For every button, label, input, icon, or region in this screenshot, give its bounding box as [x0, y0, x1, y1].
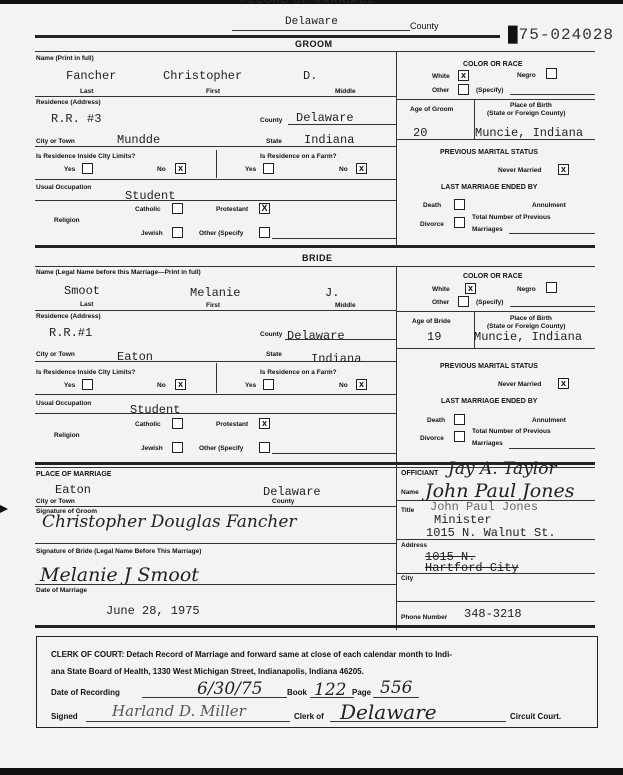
bride-name-label: Name (Legal Name before this Marriage—Pr…: [36, 269, 201, 276]
bride-white-label: White: [432, 286, 450, 293]
officiant-title-value: Minister: [434, 513, 492, 527]
groom-protestant-checkbox[interactable]: X: [259, 203, 270, 214]
groom-farm-yes-checkbox[interactable]: [263, 163, 274, 174]
bride-city-label: City or Town: [36, 351, 75, 358]
groom-name-label: Name (Print in full): [36, 55, 94, 62]
clerk-county: Delaware: [340, 700, 437, 724]
bride-age: 19: [427, 330, 441, 344]
recording-date-label: Date of Recording: [51, 688, 120, 697]
divider: [397, 348, 595, 349]
bride-farm-no-checkbox[interactable]: x: [356, 379, 367, 390]
groom-middle-name: D.: [303, 69, 317, 83]
bride-total-prev-label-2: Marriages: [472, 440, 503, 447]
divider: [509, 448, 595, 449]
divider: [397, 139, 595, 140]
divider: [510, 306, 595, 307]
bride-religion-label: Religion: [54, 432, 80, 439]
bride-last-label: Last: [80, 301, 93, 308]
marriage-column-divider: [396, 467, 397, 630]
divider: [397, 99, 595, 100]
divider: [35, 506, 396, 507]
groom-religion-label: Religion: [54, 217, 80, 224]
groom-age-label: Age of Groom: [410, 106, 453, 113]
divider: [35, 584, 396, 585]
recording-date: 6/30/75: [197, 679, 263, 699]
divider: [288, 124, 396, 125]
certificate-number: █75-024028: [508, 26, 614, 44]
bride-first-name: Melanie: [190, 286, 240, 300]
groom-negro-label: Negro: [517, 72, 536, 79]
groom-jewish-label: Jewish: [141, 230, 163, 237]
groom-county: Delaware: [296, 111, 354, 125]
groom-catholic-label: Catholic: [135, 206, 161, 213]
bride-residence-label: Residence (Address): [36, 313, 101, 320]
groom-inside-city-no-checkbox[interactable]: x: [175, 163, 186, 174]
groom-total-prev-label-2: Marriages: [472, 226, 503, 233]
bride-other-race-label: Other: [432, 299, 449, 306]
bride-inside-city-label: Is Residence Inside City Limits?: [36, 369, 135, 376]
bride-inside-city-yes-checkbox[interactable]: [82, 379, 93, 390]
groom-farm-no-label: No: [339, 166, 348, 173]
bride-state: Indiana: [311, 352, 361, 366]
bride-divorce-label: Divorce: [420, 435, 444, 442]
officiant-signature: Jay A. Taylor: [448, 459, 557, 479]
groom-catholic-checkbox[interactable]: [172, 203, 183, 214]
groom-residence-label: Residence (Address): [36, 99, 101, 106]
groom-negro-checkbox[interactable]: [546, 68, 557, 79]
officiant-name-signature: John Paul Jones: [425, 480, 574, 502]
groom-farm-no-checkbox[interactable]: x: [356, 163, 367, 174]
divider: [216, 363, 217, 393]
bride-death-label: Death: [427, 417, 445, 424]
groom-specify-label: (Specify): [476, 87, 503, 94]
bride-never-married-checkbox[interactable]: x: [558, 378, 569, 389]
page-number: 556: [380, 678, 412, 698]
groom-protestant-label: Protestant: [216, 206, 248, 213]
bride-other-race-checkbox[interactable]: [458, 296, 469, 307]
divider: [397, 573, 595, 574]
signed-label: Signed: [51, 712, 78, 721]
groom-total-prev-label-1: Total Number of Previous: [472, 214, 551, 221]
bride-other-religion-checkbox[interactable]: [259, 442, 270, 453]
bride-white-checkbox[interactable]: x: [465, 283, 476, 294]
officiant-title: OFFICIANT: [401, 470, 438, 477]
bride-marital-title: PREVIOUS MARITAL STATUS: [440, 363, 538, 370]
groom-middle-label: Middle: [335, 88, 356, 95]
groom-first-label: First: [206, 88, 220, 95]
groom-annulment-label: Annulment: [532, 202, 566, 209]
divider: [397, 539, 595, 540]
divider: [35, 543, 396, 544]
header-county-line: [232, 30, 410, 31]
officiant-name-label: Name: [401, 489, 419, 496]
groom-section-title: GROOM: [295, 39, 333, 49]
bride-residence: R.R.#1: [49, 326, 92, 340]
groom-farm-label: Is Residence on a Farm?: [260, 153, 337, 160]
groom-birth-label-2: (State or Foreign County): [487, 110, 565, 117]
groom-last-name: Fancher: [66, 69, 116, 83]
margin-arrow-icon: [0, 505, 8, 513]
groom-signature: Christopher Douglas Fancher: [42, 512, 297, 532]
divider: [216, 150, 217, 178]
page-label: Page: [352, 688, 371, 697]
bride-divorce-checkbox[interactable]: [454, 431, 465, 442]
header-county-label: County: [410, 21, 439, 31]
bride-catholic-checkbox[interactable]: [172, 418, 183, 429]
bride-protestant-checkbox[interactable]: x: [259, 418, 270, 429]
groom-city: Mundde: [117, 133, 160, 147]
officiant-phone: 348-3218: [464, 607, 522, 621]
place-of-marriage-title: PLACE OF MARRIAGE: [36, 471, 111, 478]
divider: [509, 233, 595, 234]
groom-inside-city-yes-checkbox[interactable]: [82, 163, 93, 174]
bride-occupation-label: Usual Occupation: [36, 400, 91, 407]
marriage-date: June 28, 1975: [106, 604, 200, 618]
divider: [285, 339, 396, 340]
divider: [35, 310, 396, 311]
bride-section-title: BRIDE: [302, 253, 333, 263]
divider: [35, 179, 396, 180]
bride-total-prev-label-1: Total Number of Previous: [472, 428, 551, 435]
bride-negro-checkbox[interactable]: [546, 282, 557, 293]
header-county-value: Delaware: [285, 16, 338, 28]
officiant-address-line: 1015 N. Walnut St.: [426, 526, 556, 540]
groom-occupation-label: Usual Occupation: [36, 184, 91, 191]
bride-negro-label: Negro: [517, 286, 536, 293]
groom-marital-title: PREVIOUS MARITAL STATUS: [440, 149, 538, 156]
clerk-instruction-line-1: CLERK OF COURT: Detach Record of Marriag…: [51, 650, 452, 659]
divider: [272, 453, 396, 454]
groom-last-label: Last: [80, 88, 93, 95]
bride-occupation: Student: [130, 403, 180, 417]
form-title: RECORD OF MARRIAGE: [240, 0, 375, 6]
bride-annulment-label: Annulment: [532, 417, 566, 424]
groom-birthplace: Muncie, Indiana: [475, 126, 583, 140]
bride-ended-title: LAST MARRIAGE ENDED BY: [441, 398, 537, 405]
bride-inside-city-no-checkbox[interactable]: x: [175, 379, 186, 390]
marriage-bottom-rule: [35, 625, 595, 628]
marriage-city: Eaton: [55, 483, 91, 497]
bride-other-religion-label: Other (Specify: [199, 445, 243, 452]
bride-column-divider: [396, 266, 397, 469]
groom-death-label: Death: [423, 202, 441, 209]
clerk-signature: Harland D. Miller: [112, 702, 246, 720]
officiant-name-typed: John Paul Jones: [430, 500, 538, 514]
bride-birth-label-1: Place of Birth: [510, 315, 552, 322]
bride-never-married-label: Never Married: [498, 381, 541, 388]
divider: [35, 96, 396, 97]
groom-ended-title: LAST MARRIAGE ENDED BY: [441, 184, 537, 191]
groom-farm-yes-label: Yes: [245, 166, 256, 173]
clerk-instruction-line-2: ana State Board of Health, 1330 West Mic…: [51, 667, 364, 676]
groom-divorce-label: Divorce: [420, 221, 444, 228]
groom-county-label: County: [260, 117, 282, 124]
divider: [397, 311, 595, 312]
bride-age-label: Age of Bride: [412, 318, 451, 325]
divider: [35, 394, 396, 395]
divider: [272, 238, 396, 239]
divider: [35, 413, 396, 414]
divider: [510, 94, 595, 95]
divider: [86, 721, 290, 722]
groom-other-religion-checkbox[interactable]: [259, 227, 270, 238]
groom-race-title: COLOR OR RACE: [463, 61, 523, 68]
bride-signature: Melanie J Smoot: [40, 564, 199, 586]
groom-inside-city-yes-label: Yes: [64, 166, 75, 173]
bride-middle-name: J.: [325, 286, 339, 300]
groom-death-checkbox[interactable]: [454, 199, 465, 210]
marriage-date-label: Date of Marriage: [36, 587, 87, 594]
circuit-court-label: Circuit Court.: [510, 712, 561, 721]
groom-residence: R.R. #3: [51, 112, 101, 126]
groom-birth-label-1: Place of Birth: [510, 102, 552, 109]
groom-first-name: Christopher: [163, 69, 242, 83]
book-label: Book: [287, 688, 307, 697]
groom-white-checkbox[interactable]: x: [458, 70, 469, 81]
groom-other-race-label: Other: [432, 87, 449, 94]
groom-state: Indiana: [304, 133, 354, 147]
bride-birthplace: Muncie, Indiana: [474, 330, 582, 344]
divider: [35, 146, 396, 147]
bride-specify-label: (Specify): [476, 299, 503, 306]
bride-farm-yes-checkbox[interactable]: [263, 379, 274, 390]
groom-inside-city-no-label: No: [157, 166, 166, 173]
groom-other-religion-label: Other (Specify: [199, 230, 243, 237]
marriage-county: Delaware: [263, 485, 321, 499]
bride-inside-city-yes-label: Yes: [64, 382, 75, 389]
groom-never-married-label: Never Married: [498, 167, 541, 174]
groom-inside-city-label: Is Residence Inside City Limits?: [36, 153, 135, 160]
bride-birth-label-2: (State or Foreign County): [487, 323, 565, 330]
groom-age: 20: [413, 126, 427, 140]
bride-farm-label: Is Residence on a Farm?: [260, 369, 337, 376]
groom-other-race-checkbox[interactable]: [458, 84, 469, 95]
groom-column-divider: [396, 51, 397, 246]
groom-top-rule: [35, 35, 500, 38]
divider: [35, 361, 396, 362]
bride-state-label: State: [266, 351, 282, 358]
marriage-county-label: County: [272, 498, 294, 505]
bride-top-rule: [35, 245, 595, 248]
groom-never-married-checkbox[interactable]: x: [558, 164, 569, 175]
officiant-phone-label: Phone Number: [401, 614, 447, 621]
clerk-of-label: Clerk of: [294, 712, 324, 721]
groom-divorce-checkbox[interactable]: [454, 217, 465, 228]
groom-white-label: White: [432, 73, 450, 80]
bride-signature-label: Signature of Bride (Legal Name Before Th…: [36, 548, 201, 555]
bride-jewish-checkbox[interactable]: [172, 442, 183, 453]
divider: [35, 266, 595, 267]
bride-protestant-label: Protestant: [216, 421, 248, 428]
groom-city-label: City or Town: [36, 138, 75, 145]
divider: [35, 200, 396, 201]
bride-race-title: COLOR OR RACE: [463, 273, 523, 280]
bride-farm-yes-label: Yes: [245, 382, 256, 389]
officiant-city-label: City: [401, 575, 413, 582]
marriage-city-label: City or Town: [36, 498, 75, 505]
book-number: 122: [314, 680, 346, 700]
scan-bottom-edge: [0, 768, 623, 775]
groom-jewish-checkbox[interactable]: [172, 227, 183, 238]
bride-county-label: County: [260, 331, 282, 338]
officiant-address-label: Address: [401, 542, 427, 549]
bride-farm-no-label: No: [339, 382, 348, 389]
bride-inside-city-no-label: No: [157, 382, 166, 389]
bride-catholic-label: Catholic: [135, 421, 161, 428]
bride-county: Delaware: [287, 329, 345, 343]
bride-jewish-label: Jewish: [141, 445, 163, 452]
bride-last-name: Smoot: [64, 284, 100, 298]
groom-header-rule: [35, 51, 595, 52]
bride-middle-label: Middle: [335, 302, 356, 309]
bride-first-label: First: [206, 302, 220, 309]
officiant-title-label: Title: [401, 507, 414, 514]
bride-death-checkbox[interactable]: [454, 414, 465, 425]
divider: [397, 601, 595, 602]
groom-state-label: State: [266, 138, 282, 145]
stamp-mark: █: [508, 26, 519, 44]
